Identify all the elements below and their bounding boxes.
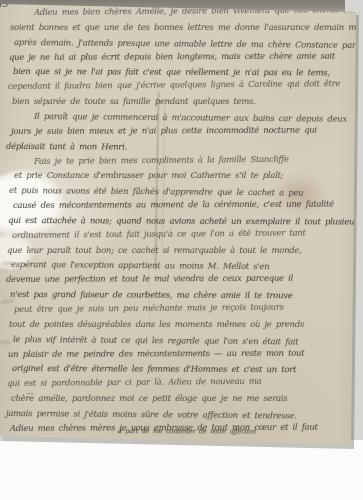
handwritten-line: déplaisait tant à mon Henri. — [6, 143, 127, 153]
handwritten-line: qui est attachée à nous; quand nous avio… — [8, 217, 362, 228]
letter-paper: 45 — Adieu mes bien chères Amélie, je dé… — [0, 0, 363, 500]
handwritten-line: qui est si pardonnable par ci par là. Ad… — [7, 378, 262, 390]
handwritten-line: que leur paraît tout bon; ce cachet si r… — [7, 247, 302, 256]
handwritten-line: originel est d'être éternelle les femmes… — [12, 365, 296, 376]
handwritten-line: jamais permise si j'étais moins sûre de … — [6, 410, 296, 422]
handwritten-line: cependant il faudra bien que j'écrive qu… — [8, 80, 340, 92]
handwritten-line: peut être que je suis un peu méchante ma… — [14, 304, 284, 316]
handwritten-line: soient bonnes et que une de tes bonnes l… — [10, 24, 363, 33]
handwritten-line: bien que si je ne l'ai pas fait c'est qu… — [13, 68, 330, 79]
handwritten-line: que je ne lui ai plus écrit depuis bien … — [9, 52, 335, 63]
handwritten-line: après demain. J'attends presque une aima… — [14, 39, 363, 51]
handwritten-line: un plaisir de me peindre des mécontentem… — [8, 349, 304, 360]
handwritten-line: chère amélie, pardonnez moi ce petit élo… — [11, 395, 287, 404]
handwritten-line: espérant que l'exception appartient au m… — [11, 261, 269, 273]
handwritten-line: causé des mécontentements au moment de l… — [13, 201, 334, 212]
handwritten-line: et prie Constance d'embrasser pour moi C… — [14, 172, 283, 181]
show-through-smudge — [0, 341, 10, 345]
handwritten-line: Il paraît que je commencerai à m'accoutu… — [34, 113, 347, 125]
handwritten-line: le plus vif intérêt à tout ce qui les re… — [13, 336, 298, 348]
handwritten-line: Fais je te prie bien mes compliments à l… — [34, 155, 289, 167]
handwritten-line: n'est pas grand faiseur de courbettes, m… — [10, 291, 293, 302]
handwritten-line: jours je suis bien mieux et je n'ai plus… — [11, 126, 317, 137]
scan-background-bottom — [0, 440, 363, 500]
letter-scan: 45 — Adieu mes bien chères Amélie, je dé… — [0, 0, 363, 500]
handwritten-line: bien séparée de toute sa famille pendant… — [12, 98, 256, 107]
handwritten-line: ordinairement il s'est tout fait jusqu'à… — [12, 229, 306, 241]
handwritten-line: devenue une perfection et tout le mal vi… — [6, 275, 293, 286]
handwritten-line: à part de me contenter de votre affectio… — [118, 428, 256, 436]
handwritten-line: tout de pointes désagréables dans les mo… — [9, 321, 304, 330]
